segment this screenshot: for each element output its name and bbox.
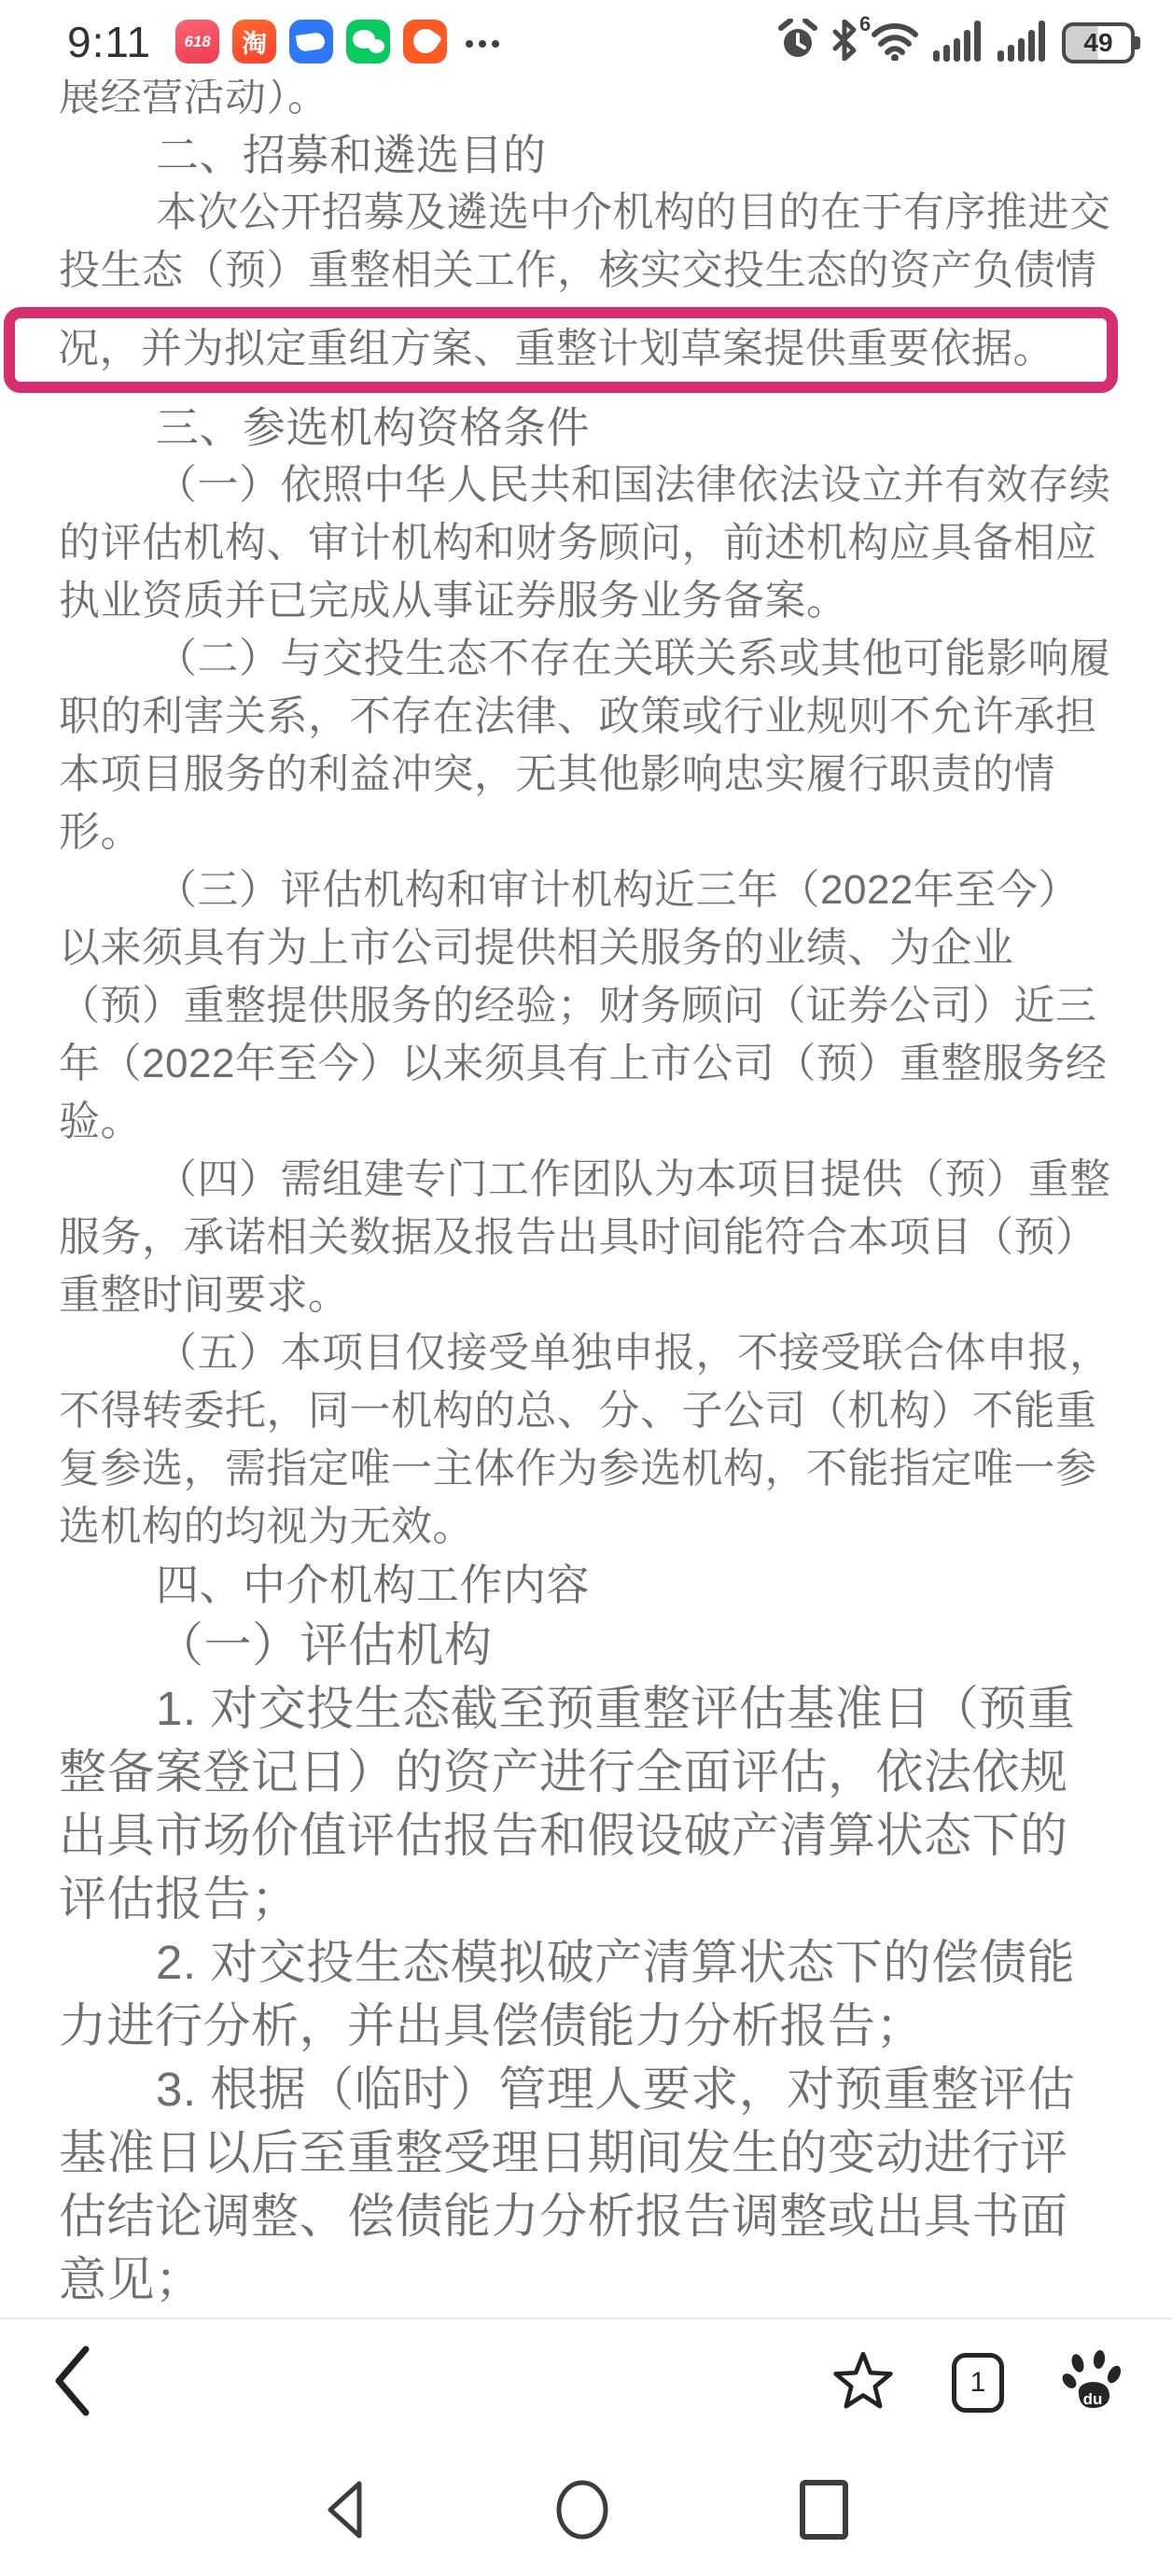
browser-toolbar: 1 du [0, 2317, 1172, 2445]
document-line: 年（2022年至今）以来须具有上市公司（预）重整服务经 [59, 1035, 1118, 1093]
more-notifications-icon [466, 40, 499, 48]
star-icon [832, 2350, 894, 2415]
wifi6-label: 6 [859, 12, 871, 36]
document-line: 本次公开招募及遴选中介机构的目的在于有序推进交 [59, 184, 1118, 242]
notification-app-icons: 618淘 [175, 16, 447, 63]
status-bar: 9:11 618淘 6 [0, 0, 1172, 79]
favorite-button[interactable] [832, 2350, 894, 2415]
square-recents-icon [798, 2478, 850, 2544]
document-line: 评估报告； [59, 1868, 1118, 1931]
back-button[interactable] [49, 2344, 97, 2421]
wechat-app-icon [346, 20, 390, 63]
baidu-paw-icon: du [1062, 2350, 1123, 2415]
document-line: 不得转委托，同一机构的总、分、子公司（机构）不能重 [59, 1382, 1118, 1440]
document-line: 估结论调整、偿债能力分析报告调整或出具书面 [59, 2185, 1118, 2248]
document-line: （预）重整提供服务的经验；财务顾问（证券公司）近三 [59, 977, 1118, 1035]
document-line: 重整时间要求。 [59, 1267, 1118, 1324]
tabs-button[interactable]: 1 [952, 2353, 1004, 2413]
nav-home-button[interactable] [553, 2478, 611, 2544]
document-line: 投生态（预）重整相关工作，核实交投生态的资产负债情 [59, 242, 1118, 300]
document-line: 选机构的均视为无效。 [59, 1498, 1118, 1556]
document-content: 展经营活动）。二、招募和遴选目的本次公开招募及遴选中介机构的目的在于有序推进交投… [0, 79, 1172, 2312]
android-nav-bar [0, 2445, 1172, 2576]
status-indicators: 6 [777, 19, 1135, 66]
circle-home-icon [553, 2478, 611, 2544]
document-line: 服务，承诺相关数据及报告出具时间能符合本项目（预） [59, 1209, 1118, 1267]
document-line: 形。 [59, 804, 1118, 861]
nav-recents-button[interactable] [798, 2478, 850, 2544]
document-line: 出具市场价值评估报告和假设破产清算状态下的 [59, 1804, 1118, 1868]
document-line: 职的利害关系，不存在法律、政策或行业规则不允许承担 [59, 688, 1118, 746]
document-line: 整备案登记日）的资产进行全面评估，依法依规 [59, 1741, 1118, 1804]
phone-screen: 9:11 618淘 6 [0, 0, 1172, 2576]
document-line: 三、参选机构资格条件 [59, 399, 1118, 456]
signal-sim2-icon [998, 19, 1048, 66]
taobao-app-icon: 淘 [232, 20, 276, 63]
document-line: 以来须具有为上市公司提供相关服务的业绩、为企业 [59, 919, 1118, 977]
bluetooth-icon [832, 20, 857, 65]
document-line: 复参选，需指定唯一主体作为参选机构，不能指定唯一参 [59, 1440, 1118, 1498]
tab-count: 1 [970, 2367, 986, 2399]
battery-icon: 49 [1062, 22, 1135, 63]
nav-back-button[interactable] [322, 2478, 367, 2544]
document-line: 执业资质并已完成从事证券服务业务备案。 [59, 572, 1118, 630]
document-line: 意见； [59, 2248, 1118, 2312]
document-line: （五）本项目仅接受单独申报，不接受联合体申报， [59, 1324, 1118, 1382]
document-line: （一）评估机构 [59, 1614, 1118, 1677]
tab-counter-icon: 1 [952, 2353, 1004, 2413]
document-line: 验。 [59, 1093, 1118, 1151]
reader-app-icon [403, 20, 447, 63]
document-line: （二）与交投生态不存在关联关系或其他可能影响履 [59, 630, 1118, 688]
chevron-left-icon [49, 2344, 97, 2421]
document-line: 的评估机构、审计机构和财务顾问，前述机构应具备相应 [59, 514, 1118, 572]
document-line: 本项目服务的利益冲突，无其他影响忠实履行职责的情 [59, 746, 1118, 804]
document-line: （四）需组建专门工作团队为本项目提供（预）重整 [59, 1151, 1118, 1209]
document-line: 1. 对交投生态截至预重整评估基准日（预重 [59, 1677, 1118, 1741]
baidu-home-button[interactable]: du [1062, 2350, 1123, 2415]
jd-618-app-icon: 618 [175, 20, 219, 63]
triangle-back-icon [322, 2478, 367, 2544]
document-line: 二、招募和遴选目的 [59, 126, 1118, 184]
document-line: （三）评估机构和审计机构近三年（2022年至今） [59, 861, 1118, 919]
status-time: 9:11 [67, 17, 151, 67]
battery-percent: 49 [1083, 28, 1112, 58]
document-line: 3. 根据（临时）管理人要求，对预重整评估 [59, 2058, 1118, 2121]
document-line: 四、中介机构工作内容 [59, 1556, 1118, 1614]
signal-sim1-icon [933, 19, 984, 66]
wifi-icon: 6 [871, 20, 919, 65]
document-line: 力进行分析，并出具偿债能力分析报告； [59, 1995, 1118, 2058]
document-line: 基准日以后至重整受理日期间发生的变动进行评 [59, 2121, 1118, 2185]
svg-text:du: du [1083, 2390, 1103, 2408]
highlight-annotation-box: 况，并为拟定重组方案、重整计划草案提供重要依据。 [4, 307, 1118, 393]
document-line: （一）依照中华人民共和国法律依法设立并有效存续 [59, 456, 1118, 514]
document-line-highlighted: 况，并为拟定重组方案、重整计划草案提供重要依据。 [58, 320, 1107, 378]
bird-app-icon [289, 20, 333, 63]
alarm-clock-icon [777, 19, 818, 66]
document-line: 2. 对交投生态模拟破产清算状态下的偿债能 [59, 1931, 1118, 1995]
